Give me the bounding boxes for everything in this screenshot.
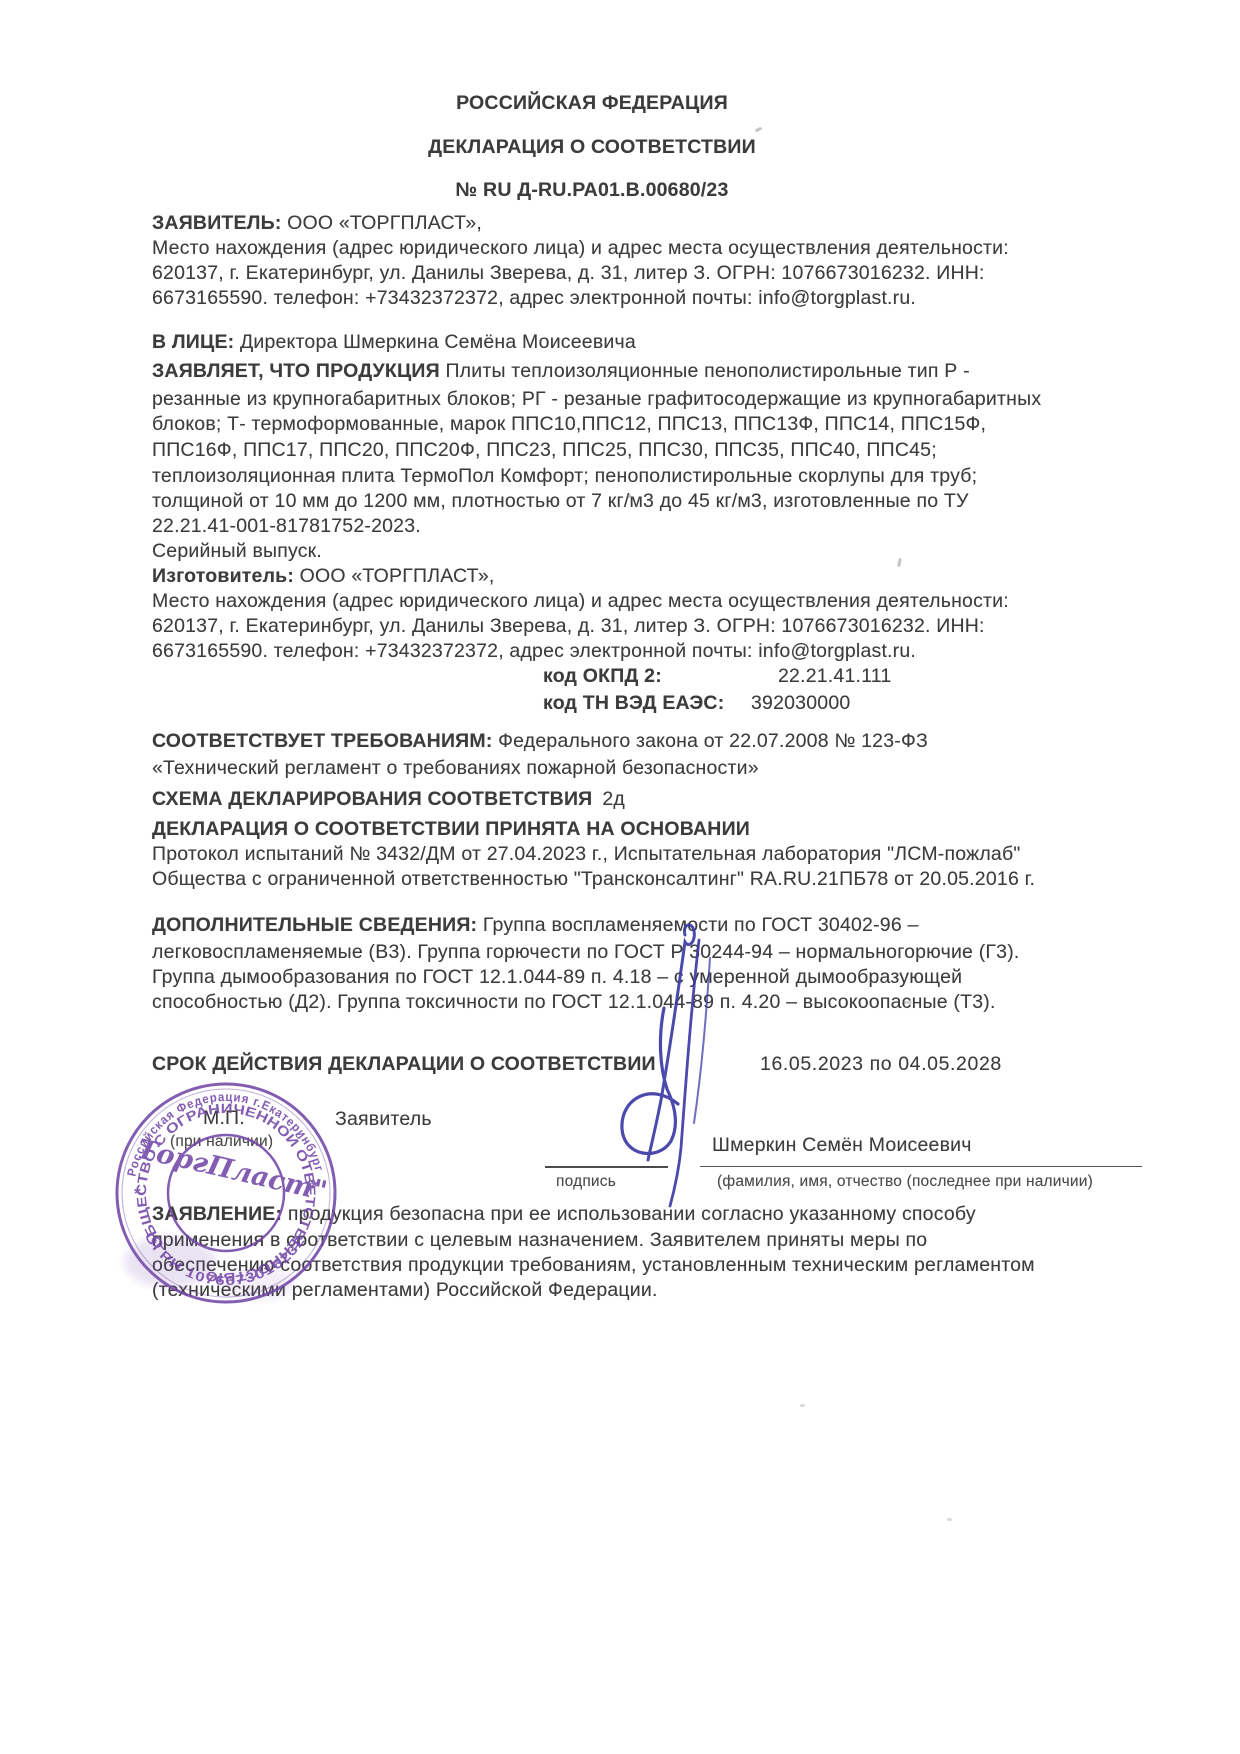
okpd-label: код ОКПД 2:	[543, 664, 662, 689]
scheme-label: СХЕМА ДЕКЛАРИРОВАНИЯ СООТВЕТСТВИЯ	[152, 788, 592, 810]
product-line6: толщиной от 10 мм до 1200 мм, плотностью…	[152, 489, 969, 514]
scan-speck	[897, 558, 902, 567]
scan-speck	[800, 1404, 805, 1407]
manufacturer-addr3: 6673165590. телефон: +73432372372, адрес…	[152, 639, 916, 664]
product-text1: Плиты теплоизоляционные пенополистирольн…	[440, 360, 970, 382]
applicant-name: ООО «ТОРГПЛАСТ»,	[282, 212, 483, 234]
additional-line4: способностью (Д2). Группа токсичности по…	[152, 990, 996, 1015]
product-line3: блоков; Т- термоформованные, марок ППС10…	[152, 412, 986, 437]
product-line5: теплоизоляционная плита ТермоПол Комфорт…	[152, 464, 977, 489]
tnved-value: 392030000	[751, 691, 850, 716]
additional-label: ДОПОЛНИТЕЛЬНЫЕ СВЕДЕНИЯ:	[152, 914, 477, 936]
additional-line2: легковоспламеняемые (В3). Группа горючес…	[152, 940, 1020, 965]
scan-speck	[755, 127, 763, 133]
manufacturer-addr2: 620137, г. Екатеринбург, ул. Данилы Звер…	[152, 614, 985, 639]
compliance-label: СООТВЕТСТВУЕТ ТРЕБОВАНИЯМ:	[152, 730, 493, 752]
stamp-smudge	[124, 1236, 216, 1288]
declaration-document: РОССИЙСКАЯ ФЕДЕРАЦИЯ ДЕКЛАРАЦИЯ О СООТВЕ…	[0, 0, 1240, 1754]
applicant-word: Заявитель	[335, 1107, 432, 1132]
basis-label: ДЕКЛАРАЦИЯ О СООТВЕТСТВИИ ПРИНЯТА НА ОСН…	[152, 817, 750, 842]
okpd-value: 22.21.41.111	[778, 664, 891, 689]
manufacturer-line: Изготовитель: ООО «ТОРГПЛАСТ»,	[152, 564, 495, 589]
declaration-number: № RU Д-RU.РА01.В.00680/23	[0, 178, 1184, 203]
product-line7: 22.21.41-001-81781752-2023.	[152, 514, 421, 539]
compliance-line2: «Технический регламент о требованиях пож…	[152, 756, 759, 781]
applicant-addr3: 6673165590. телефон: +73432372372, адрес…	[152, 286, 916, 311]
tnved-label: код ТН ВЭД ЕАЭС:	[543, 691, 724, 716]
validity-dates: 16.05.2023 по 04.05.2028	[760, 1052, 1002, 1077]
applicant-label: ЗАЯВИТЕЛЬ:	[152, 212, 282, 234]
compliance-line1: СООТВЕТСТВУЕТ ТРЕБОВАНИЯМ: Федерального …	[152, 729, 928, 754]
scan-speck	[947, 1518, 952, 1521]
company-stamp: Российская Федерация г.Екатеринбург ОГРН…	[108, 1074, 344, 1314]
applicant-addr1: Место нахождения (адрес юридического лиц…	[152, 236, 1009, 261]
product-line1: ЗАЯВЛЯЕТ, ЧТО ПРОДУКЦИЯ Плиты теплоизоля…	[152, 359, 970, 384]
applicant-line: ЗАЯВИТЕЛЬ: ООО «ТОРГПЛАСТ»,	[152, 211, 482, 236]
additional-line1: ДОПОЛНИТЕЛЬНЫЕ СВЕДЕНИЯ: Группа воспламе…	[152, 913, 919, 938]
product-line4: ППС16Ф, ППС17, ППС20, ППС20Ф, ППС23, ППС…	[152, 438, 937, 463]
scan-speck	[627, 494, 631, 498]
header-country: РОССИЙСКАЯ ФЕДЕРАЦИЯ	[0, 91, 1184, 116]
signature-ink	[590, 918, 770, 1218]
product-label: ЗАЯВЛЯЕТ, ЧТО ПРОДУКЦИЯ	[152, 360, 440, 382]
serial-issue: Серийный выпуск.	[152, 539, 322, 564]
manufacturer-addr1: Место нахождения (адрес юридического лиц…	[152, 589, 1009, 614]
stamp-star-left: *	[134, 1184, 141, 1203]
scan-speck	[903, 1001, 912, 1004]
product-line2: резанные из крупногабаритных блоков; РГ …	[152, 387, 1041, 412]
manufacturer-name: ООО «ТОРГПЛАСТ»,	[294, 565, 495, 587]
applicant-addr2: 620137, г. Екатеринбург, ул. Данилы Звер…	[152, 261, 985, 286]
stamp-smudge	[220, 1268, 296, 1300]
person-label: В ЛИЦЕ:	[152, 331, 234, 353]
basis-line1: Протокол испытаний № 3432/ДМ от 27.04.20…	[152, 842, 1020, 867]
compliance-text1: Федерального закона от 22.07.2008 № 123-…	[493, 730, 928, 752]
header-title: ДЕКЛАРАЦИЯ О СООТВЕТСТВИИ	[0, 135, 1184, 160]
manufacturer-label: Изготовитель:	[152, 565, 294, 587]
basis-line2: Общества с ограниченной ответственностью…	[152, 867, 1035, 892]
fio-caption: (фамилия, имя, отчество (последнее при н…	[717, 1172, 1093, 1191]
scheme-line: СХЕМА ДЕКЛАРИРОВАНИЯ СООТВЕТСТВИЯ2д	[152, 787, 625, 812]
scheme-value: 2д	[602, 788, 625, 810]
person-value: Директора Шмеркина Семёна Моисеевича	[234, 331, 636, 353]
person-line: В ЛИЦЕ: Директора Шмеркина Семёна Моисее…	[152, 330, 636, 355]
additional-line3: Группа дымообразования по ГОСТ 12.1.044-…	[152, 965, 962, 990]
